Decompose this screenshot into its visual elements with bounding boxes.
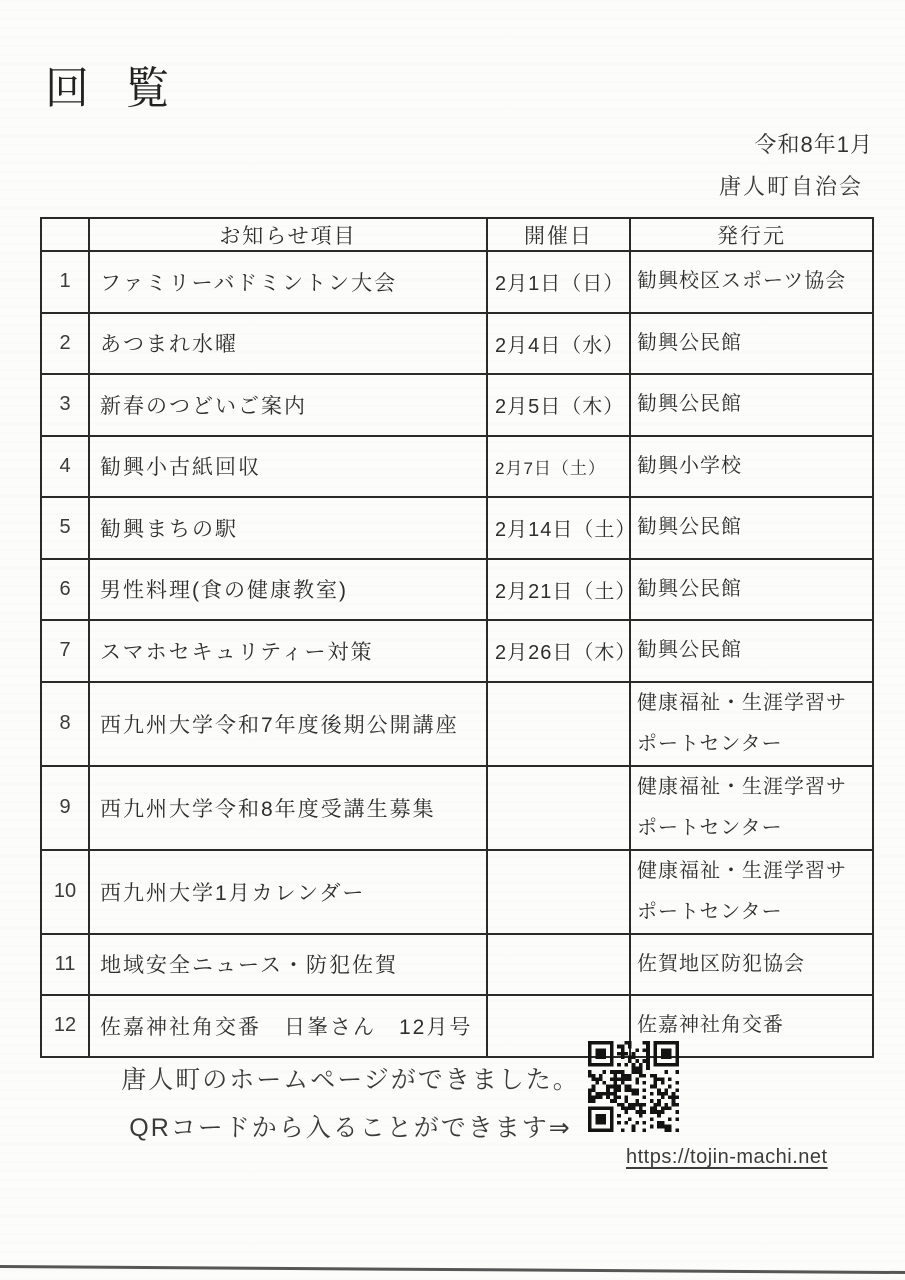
header-date: 開催日 [487,218,630,251]
cell-item: スマホセキュリティー対策 [89,620,487,682]
header-item: お知らせ項目 [89,218,487,251]
cell-issuer: 健康福祉・生涯学習サポートセンター [630,850,873,934]
cell-date [487,766,630,850]
cell-item: 西九州大学令和7年度後期公開講座 [89,682,487,766]
table-row: 2あつまれ水曜2月4日（水）勧興公民館 [41,313,873,375]
table-row: 7スマホセキュリティー対策2月26日（木）勧興公民館 [41,620,873,682]
cell-num: 10 [41,850,89,934]
cell-num: 12 [41,995,89,1057]
table-row: 5勧興まちの駅2月14日（土）勧興公民館 [41,497,873,559]
table-row: 1ファミリーバドミントン大会2月1日（日）勧興校区スポーツ協会 [41,251,873,313]
cell-item: 新春のつどいご案内 [89,374,487,436]
homepage-message: 唐人町のホームページができました。 QRコードから入ることができます⇒ [68,1056,633,1152]
cell-num: 6 [41,559,89,621]
cell-issuer: 勧興公民館 [630,313,873,375]
scanned-circular-page: 回 覧 令和8年1月 唐人町自治会 お知らせ項目 開催日 発行元 1ファミリーバ… [0,0,905,1280]
cell-item: 西九州大学1月カレンダー [89,850,487,934]
cell-date: 2月7日（土） [487,436,630,498]
association-name: 唐人町自治会 [719,170,873,201]
cell-item: 西九州大学令和8年度受講生募集 [89,766,487,850]
cell-issuer: 勧興公民館 [630,497,873,559]
table-row: 6男性料理(食の健康教室)2月21日（土）勧興公民館 [41,559,873,621]
table-row: 12佐嘉神社角交番 日峯さん 12月号佐嘉神社角交番 [41,995,873,1057]
cell-item: 地域安全ニュース・防犯佐賀 [89,934,487,996]
cell-issuer: 勧興小学校 [630,436,873,498]
table-row: 8西九州大学令和7年度後期公開講座健康福祉・生涯学習サポートセンター [41,682,873,766]
issuer-block: 令和8年1月 唐人町自治会 [719,128,873,201]
cell-issuer: 勧興校区スポーツ協会 [630,251,873,313]
cell-item: ファミリーバドミントン大会 [89,251,487,313]
cell-num: 4 [41,436,89,498]
table-row: 4勧興小古紙回収2月7日（土）勧興小学校 [41,436,873,498]
cell-issuer: 勧興公民館 [630,374,873,436]
header-row: お知らせ項目 開催日 発行元 [41,218,873,251]
cell-item: あつまれ水曜 [89,313,487,375]
cell-date: 2月4日（水） [487,313,630,375]
notice-table: お知らせ項目 開催日 発行元 1ファミリーバドミントン大会2月1日（日）勧興校区… [40,217,874,1058]
cell-num: 2 [41,313,89,375]
table-row: 3新春のつどいご案内2月5日（木）勧興公民館 [41,374,873,436]
cell-num: 9 [41,766,89,850]
table-row: 11地域安全ニュース・防犯佐賀佐賀地区防犯協会 [41,934,873,996]
cell-date: 2月1日（日） [487,251,630,313]
cell-date: 2月26日（木） [487,620,630,682]
scan-edge-artifact [0,1265,905,1274]
notice-table-header: お知らせ項目 開催日 発行元 [41,218,873,251]
cell-issuer: 勧興公民館 [630,620,873,682]
cell-item: 佐嘉神社角交番 日峯さん 12月号 [89,995,487,1057]
table-row: 10西九州大学1月カレンダー健康福祉・生涯学習サポートセンター [41,850,873,934]
cell-date [487,682,630,766]
cell-num: 1 [41,251,89,313]
era-date: 令和8年1月 [719,128,873,159]
header-issuer: 発行元 [630,218,873,251]
page-title: 回 覧 [45,52,181,116]
cell-date: 2月14日（土） [487,497,630,559]
cell-issuer: 佐賀地区防犯協会 [630,934,873,996]
cell-issuer: 健康福祉・生涯学習サポートセンター [630,766,873,850]
cell-date: 2月21日（土） [487,559,630,621]
cell-date: 2月5日（木） [487,374,630,436]
homepage-message-line1: 唐人町のホームページができました。 [68,1056,633,1104]
cell-num: 11 [41,934,89,996]
homepage-message-line2: QRコードから入ることができます⇒ [68,1104,633,1152]
cell-num: 7 [41,620,89,682]
cell-item: 勧興小古紙回収 [89,436,487,498]
qr-code-icon [588,1041,679,1132]
table-row: 9西九州大学令和8年度受講生募集健康福祉・生涯学習サポートセンター [41,766,873,850]
notice-table-body: 1ファミリーバドミントン大会2月1日（日）勧興校区スポーツ協会2あつまれ水曜2月… [41,251,873,1057]
cell-issuer: 健康福祉・生涯学習サポートセンター [630,682,873,766]
cell-item: 男性料理(食の健康教室) [89,559,487,621]
cell-item: 勧興まちの駅 [89,497,487,559]
cell-num: 5 [41,497,89,559]
cell-date [487,850,630,934]
homepage-url: https://tojin-machi.net [626,1146,828,1169]
cell-num: 3 [41,374,89,436]
cell-issuer: 勧興公民館 [630,559,873,621]
cell-num: 8 [41,682,89,766]
header-number [41,218,89,251]
cell-date [487,934,630,996]
